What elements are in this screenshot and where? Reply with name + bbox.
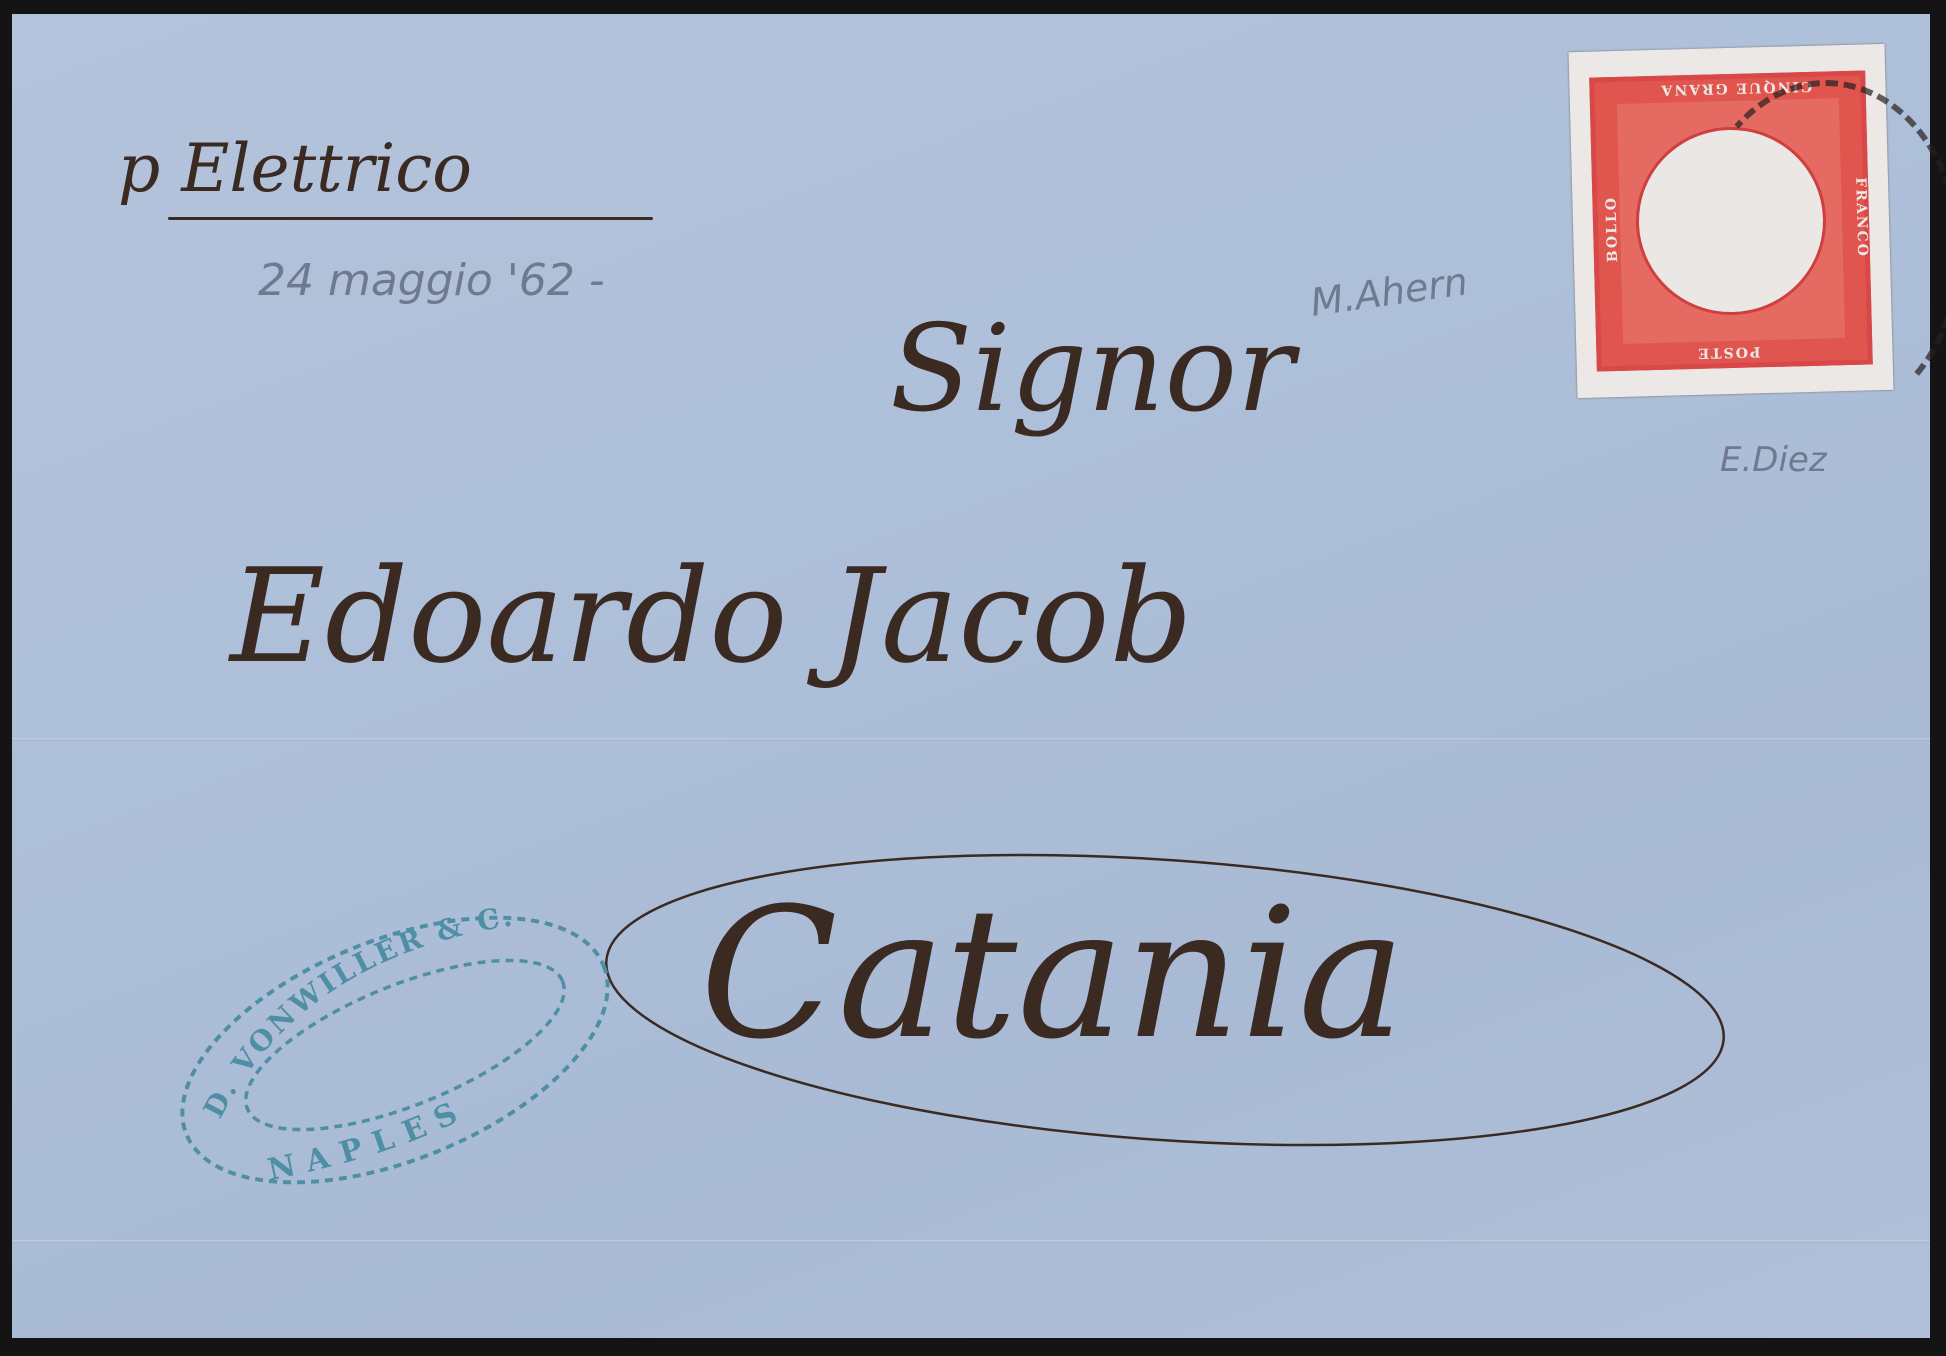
company-handstamp: D. VONWILLER & C. NAPLES <box>160 880 630 1200</box>
stamp-left-text: BOLLO <box>1603 196 1621 263</box>
routing-underline <box>168 217 653 220</box>
date-note: 24 maggio '62 - <box>258 255 605 306</box>
routing-note: p Elettrico <box>118 130 472 207</box>
pencil-note: E.Diez <box>1720 440 1827 480</box>
fold-line <box>12 1240 1930 1243</box>
address-salutation: Signor <box>890 300 1294 439</box>
postmark-cancel <box>1690 80 1946 422</box>
address-name: Edoardo Jacob <box>230 540 1193 692</box>
flourish <box>590 740 1740 1160</box>
